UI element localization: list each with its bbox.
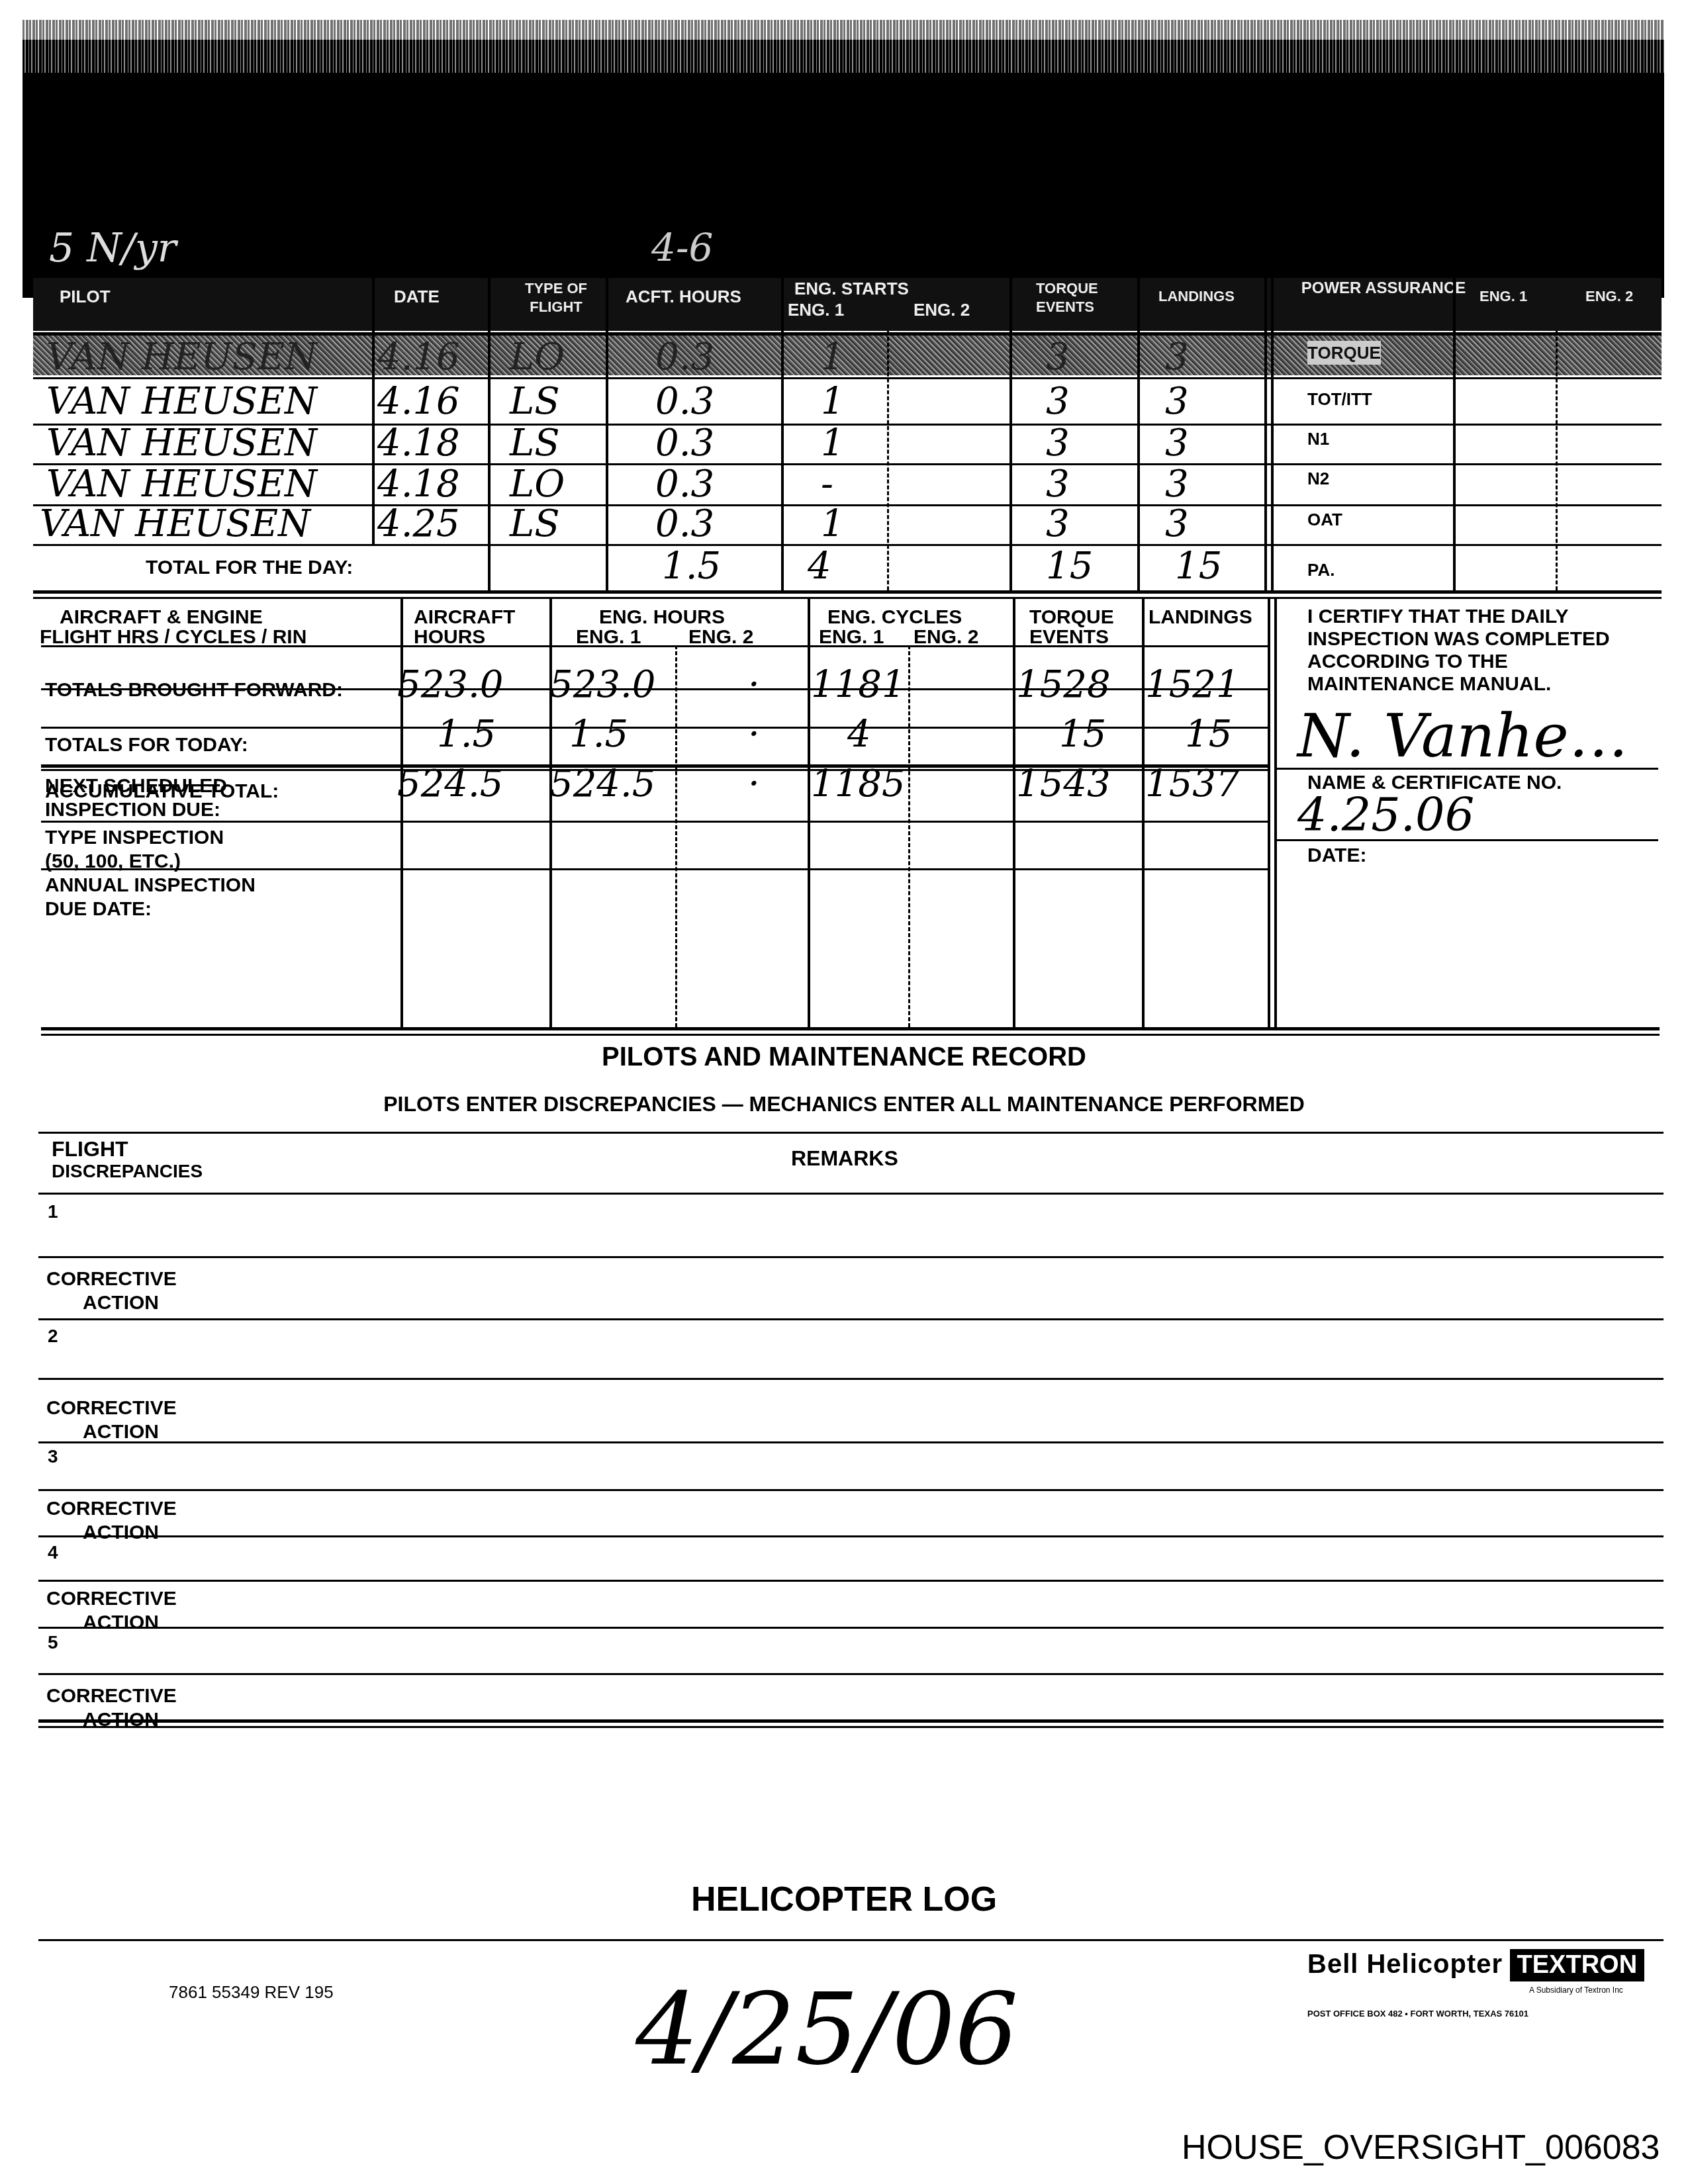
certify-line-1: I CERTIFY THAT THE DAILY bbox=[1307, 606, 1610, 628]
item-number: 5 bbox=[48, 1632, 58, 1653]
divider bbox=[38, 1719, 1664, 1723]
col-line bbox=[606, 278, 608, 590]
annual-inspection-line-2: DUE DATE: bbox=[45, 897, 256, 921]
cell-eng-h2: · bbox=[748, 665, 760, 705]
col-line bbox=[488, 278, 491, 590]
corrective-action-label: CORRECTIVEACTION bbox=[46, 1684, 177, 1732]
remarks-label: REMARKS bbox=[791, 1146, 898, 1170]
cell-pilot: VAN HEUSEN bbox=[46, 382, 317, 422]
divider bbox=[38, 1256, 1664, 1258]
col-torque-events: EVENTS bbox=[1029, 625, 1109, 649]
col-eng-starts: ENG. STARTS bbox=[794, 279, 909, 298]
cell-eng1: 1 bbox=[821, 338, 845, 377]
col-line bbox=[1264, 278, 1267, 590]
total-torque: 15 bbox=[1046, 547, 1093, 586]
redacted-header-band: 5 N/yr 4-6 bbox=[23, 40, 1664, 298]
divider bbox=[38, 1132, 1664, 1134]
divider bbox=[33, 590, 1662, 594]
cell-cyc1: 4 bbox=[847, 715, 871, 754]
divider bbox=[38, 1318, 1664, 1320]
cell-torque: 3 bbox=[1046, 424, 1070, 463]
cell-landings: 3 bbox=[1165, 465, 1189, 504]
cell-pilot: VAN HEUSEN bbox=[46, 465, 317, 504]
cell-eng-h2: · bbox=[748, 764, 760, 804]
total-landings: 15 bbox=[1175, 547, 1222, 586]
cell-date: 4.16 bbox=[377, 382, 460, 422]
cell-acft-hours: 0.3 bbox=[655, 465, 714, 504]
header-handwriting-1: 5 N/yr bbox=[49, 225, 177, 271]
total-eng1: 4 bbox=[808, 547, 831, 586]
col-line bbox=[1268, 597, 1270, 1027]
action: ACTION bbox=[46, 1291, 177, 1315]
next-scheduled-line-1: NEXT SCHEDULED bbox=[45, 774, 227, 798]
cell-eng1: 1 bbox=[821, 504, 845, 544]
annual-inspection-label: ANNUAL INSPECTION DUE DATE: bbox=[45, 874, 256, 921]
col-pilot: PILOT bbox=[60, 287, 111, 306]
cell-landings: 3 bbox=[1165, 424, 1189, 463]
col-eng-cycles-1: ENG. 1 bbox=[819, 625, 884, 649]
cell-torque: 1528 bbox=[1016, 665, 1111, 705]
form-number: 7861 55349 REV 195 bbox=[169, 1982, 334, 2003]
cell-eng-h1: 1.5 bbox=[569, 715, 628, 754]
cell-cyc1: 1181 bbox=[811, 665, 906, 705]
divider bbox=[38, 1580, 1664, 1582]
corrective: CORRECTIVE bbox=[46, 1267, 177, 1291]
item-number: 4 bbox=[48, 1542, 58, 1563]
bell-helicopter-logo: Bell Helicopter TEXTRON bbox=[1307, 1949, 1644, 1981]
corrective: CORRECTIVE bbox=[46, 1684, 177, 1708]
corrective: CORRECTIVE bbox=[46, 1587, 177, 1611]
item-number: 1 bbox=[48, 1201, 58, 1222]
divider bbox=[38, 1378, 1664, 1380]
form-title: HELICOPTER LOG bbox=[0, 1880, 1688, 1919]
scan-noise bbox=[23, 20, 1664, 73]
cell-date: 4.25 bbox=[377, 504, 460, 544]
item-number: 2 bbox=[48, 1326, 58, 1347]
action: ACTION bbox=[46, 1420, 177, 1444]
col-eng-hours-2: ENG. 2 bbox=[688, 625, 753, 649]
cell-pilot: VAN HEUSEN bbox=[40, 504, 310, 544]
type-inspection-line-1: TYPE INSPECTION bbox=[45, 826, 224, 850]
col-pa-eng1: ENG. 1 bbox=[1479, 287, 1527, 306]
col-line bbox=[808, 597, 810, 1027]
cell-pilot: VAN HEUSEN bbox=[46, 424, 317, 463]
divider bbox=[41, 1027, 1660, 1030]
col-line bbox=[1009, 278, 1012, 590]
row-label-today: TOTALS FOR TODAY: bbox=[45, 733, 248, 757]
header-handwriting-2: 4-6 bbox=[651, 225, 713, 270]
pa-n2-label: N2 bbox=[1307, 467, 1329, 490]
col-date: DATE bbox=[394, 287, 440, 306]
certify-line-2: INSPECTION WAS COMPLETED bbox=[1307, 628, 1610, 651]
divider bbox=[38, 1193, 1664, 1195]
corrective-action-label: CORRECTIVEACTION bbox=[46, 1267, 177, 1315]
divider bbox=[38, 1726, 1664, 1728]
col-eng-cycles-2: ENG. 2 bbox=[914, 625, 978, 649]
col-dash bbox=[675, 645, 677, 1027]
pa-n1-label: N1 bbox=[1307, 427, 1329, 451]
divider bbox=[41, 1034, 1660, 1036]
item-number: 3 bbox=[48, 1446, 58, 1467]
cell-eng-h1: 524.5 bbox=[549, 764, 655, 804]
col-line bbox=[1274, 597, 1277, 1027]
col-aircraft-hours: HOURS bbox=[414, 625, 485, 649]
next-scheduled-line-2: INSPECTION DUE: bbox=[45, 798, 227, 822]
col-line bbox=[1013, 597, 1015, 1027]
divider bbox=[38, 1627, 1664, 1629]
brand-address: POST OFFICE BOX 482 • FORT WORTH, TEXAS … bbox=[1307, 2009, 1528, 2019]
divider bbox=[38, 1939, 1664, 1941]
cell-date: 4.18 bbox=[377, 465, 460, 504]
col-eng-starts-eng1: ENG. 1 bbox=[788, 300, 844, 319]
col-line bbox=[1137, 278, 1140, 590]
col-landings: LANDINGS bbox=[1158, 287, 1235, 306]
cell-date: 4.16 bbox=[377, 338, 460, 377]
inspection-date-value: 4.25.06 bbox=[1297, 788, 1474, 842]
cell-type: LS bbox=[510, 382, 560, 422]
pa-pa-label: PA. bbox=[1307, 558, 1335, 582]
col-line bbox=[372, 278, 375, 544]
handwritten-date: 4/25/06 bbox=[635, 1972, 1018, 2087]
corrective: CORRECTIVE bbox=[46, 1396, 177, 1420]
col-dash bbox=[887, 331, 889, 590]
col-line bbox=[549, 597, 552, 1027]
cell-eng-h2: · bbox=[748, 715, 760, 754]
divider bbox=[41, 868, 1269, 870]
corrective: CORRECTIVE bbox=[46, 1497, 177, 1521]
cell-aircraft: 1.5 bbox=[437, 715, 496, 754]
col-line bbox=[781, 278, 784, 590]
brand-parent: TEXTRON bbox=[1510, 1949, 1645, 1981]
cell-acft-hours: 0.3 bbox=[655, 504, 714, 544]
cell-landings: 15 bbox=[1185, 715, 1232, 754]
action: ACTION bbox=[46, 1611, 177, 1635]
bates-number: HOUSE_OVERSIGHT_006083 bbox=[1182, 2128, 1660, 2167]
cell-acft-hours: 0.3 bbox=[655, 424, 714, 463]
cell-landings: 1537 bbox=[1145, 764, 1240, 804]
divider bbox=[38, 1535, 1664, 1537]
cell-landings: 3 bbox=[1165, 338, 1189, 377]
cell-torque: 3 bbox=[1046, 465, 1070, 504]
divider bbox=[33, 597, 1662, 599]
cell-type: LO bbox=[510, 338, 565, 377]
divider bbox=[38, 1673, 1664, 1675]
cell-torque: 3 bbox=[1046, 504, 1070, 544]
summary-header-2: FLIGHT HRS / CYCLES / RIN bbox=[40, 625, 306, 649]
pilot-log-header: PILOT DATE TYPE OF FLIGHT ACFT. HOURS EN… bbox=[33, 278, 1662, 331]
cell-torque: 15 bbox=[1059, 715, 1106, 754]
cell-type: LS bbox=[510, 504, 560, 544]
col-line bbox=[1453, 278, 1456, 590]
certify-line-3: ACCORDING TO THE bbox=[1307, 651, 1610, 673]
record-subtitle: PILOTS ENTER DISCREPANCIES — MECHANICS E… bbox=[0, 1092, 1688, 1116]
cell-eng1: 1 bbox=[821, 424, 845, 463]
col-acft-hours: ACFT. HOURS bbox=[626, 287, 741, 306]
cell-pilot: VAN HEUSEN bbox=[46, 338, 317, 377]
total-acft-hours: 1.5 bbox=[662, 547, 721, 586]
pa-torque-label: TORQUE bbox=[1307, 341, 1381, 365]
annual-inspection-line-1: ANNUAL INSPECTION bbox=[45, 874, 256, 897]
pa-oat-label: OAT bbox=[1307, 508, 1342, 531]
date-label: DATE: bbox=[1307, 844, 1366, 868]
col-power-assurance: POWER ASSURANCE bbox=[1297, 279, 1470, 298]
flight-label: FLIGHT bbox=[52, 1137, 128, 1161]
total-for-day-label: TOTAL FOR THE DAY: bbox=[146, 556, 353, 580]
cell-torque: 3 bbox=[1046, 382, 1070, 422]
record-title: PILOTS AND MAINTENANCE RECORD bbox=[0, 1042, 1688, 1072]
certify-statement: I CERTIFY THAT THE DAILY INSPECTION WAS … bbox=[1307, 606, 1610, 696]
col-torque-events: TORQUE EVENTS bbox=[1036, 279, 1135, 316]
cell-landings: 1521 bbox=[1145, 665, 1240, 705]
discrepancies-label: DISCREPANCIES bbox=[52, 1160, 203, 1183]
cell-eng-h1: 523.0 bbox=[549, 665, 655, 705]
row-label-brought-forward: TOTALS BROUGHT FORWARD: bbox=[45, 678, 343, 702]
col-pa-eng2: ENG. 2 bbox=[1585, 287, 1633, 306]
divider bbox=[38, 1489, 1664, 1491]
cell-eng1: 1 bbox=[821, 382, 845, 422]
col-line bbox=[1271, 278, 1274, 590]
cell-torque: 3 bbox=[1046, 338, 1070, 377]
inspector-signature: N. Vanhe… bbox=[1297, 702, 1628, 771]
cell-acft-hours: 0.3 bbox=[655, 338, 714, 377]
cell-type: LS bbox=[510, 424, 560, 463]
col-type-of-flight: TYPE OF FLIGHT bbox=[506, 279, 606, 316]
pa-tot-itt-label: TOT/ITT bbox=[1307, 387, 1372, 411]
action: ACTION bbox=[46, 1521, 177, 1545]
cell-eng1: - bbox=[821, 465, 833, 504]
cell-aircraft: 523.0 bbox=[397, 665, 503, 705]
brand-name: Bell Helicopter bbox=[1307, 1950, 1503, 1979]
col-dash bbox=[1556, 331, 1558, 590]
col-line bbox=[400, 597, 403, 1027]
col-eng-hours-1: ENG. 1 bbox=[576, 625, 641, 649]
corrective-action-label: CORRECTIVEACTION bbox=[46, 1396, 177, 1444]
col-eng-starts-eng2: ENG. 2 bbox=[914, 300, 970, 319]
cell-torque: 1543 bbox=[1016, 764, 1111, 804]
cell-date: 4.18 bbox=[377, 424, 460, 463]
col-dash bbox=[908, 645, 910, 1027]
col-landings: LANDINGS bbox=[1149, 606, 1252, 629]
cell-acft-hours: 0.3 bbox=[655, 382, 714, 422]
type-inspection-line-2: (50, 100, ETC.) bbox=[45, 850, 224, 874]
cell-landings: 3 bbox=[1165, 504, 1189, 544]
brand-tagline: A Subsidiary of Textron Inc bbox=[1529, 1985, 1623, 1995]
cell-landings: 3 bbox=[1165, 382, 1189, 422]
next-scheduled-inspection-label: NEXT SCHEDULED INSPECTION DUE: bbox=[45, 774, 227, 822]
type-inspection-label: TYPE INSPECTION (50, 100, ETC.) bbox=[45, 826, 224, 874]
certify-line-4: MAINTENANCE MANUAL. bbox=[1307, 673, 1610, 696]
cell-aircraft: 524.5 bbox=[397, 764, 503, 804]
cell-type: LO bbox=[510, 465, 565, 504]
col-line bbox=[1142, 597, 1145, 1027]
corrective-action-label: CORRECTIVEACTION bbox=[46, 1497, 177, 1545]
divider bbox=[38, 1441, 1664, 1443]
cell-cyc1: 1185 bbox=[811, 764, 906, 804]
